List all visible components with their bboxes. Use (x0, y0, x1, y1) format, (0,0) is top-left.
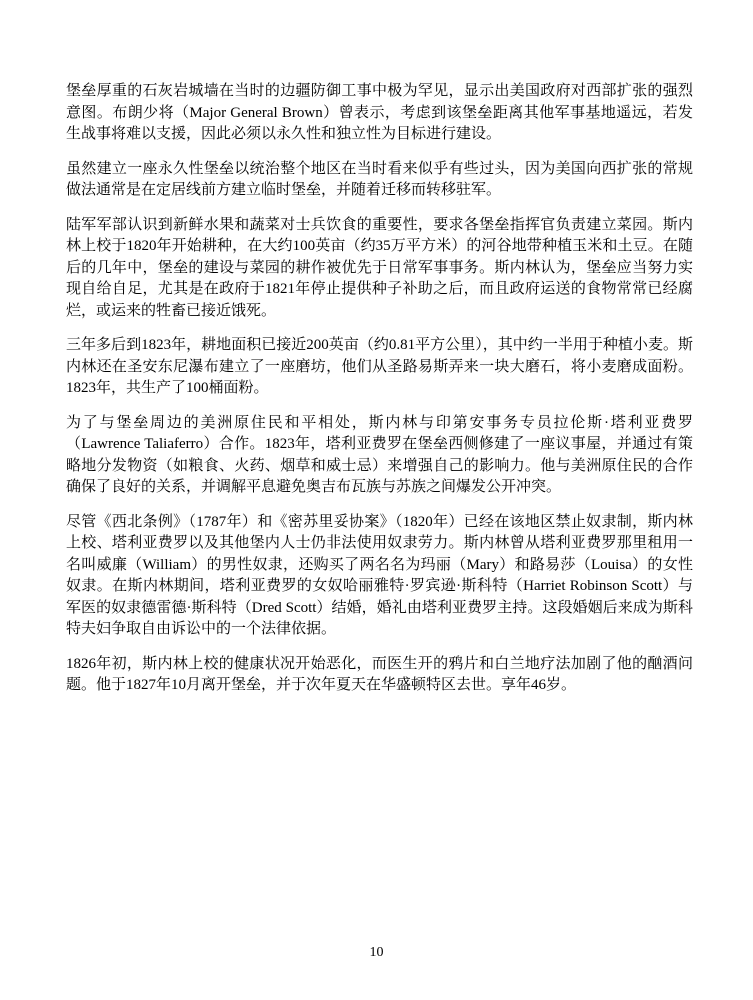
paragraph-gardens: 陆军军部认识到新鲜水果和蔬菜对士兵饮食的重要性，要求各堡垒指挥官负责建立菜园。斯… (66, 215, 693, 323)
paragraph-health-decline: 1826年初，斯内林上校的健康状况开始恶化，而医生开的鸦片和白兰地疗法加剧了他的… (66, 654, 693, 697)
paragraph-wheat-mill: 三年多后到1823年，耕地面积已接近200英亩（约0.81平方公里），其中约一半… (66, 335, 693, 400)
document-body: 堡垒厚重的石灰岩城墙在当时的边疆防御工事中极为罕见，显示出美国政府对西部扩张的强… (66, 81, 693, 710)
paragraph-fort-walls: 堡垒厚重的石灰岩城墙在当时的边疆防御工事中极为罕见，显示出美国政府对西部扩张的强… (66, 81, 693, 146)
paragraph-slavery: 尽管《西北条例》（1787年）和《密苏里妥协案》（1820年）已经在该地区禁止奴… (66, 512, 693, 641)
paragraph-taliaferro: 为了与堡垒周边的美洲原住民和平相处，斯内林与印第安事务专员拉伦斯·塔利亚费罗（L… (66, 413, 693, 499)
paragraph-permanent-fort: 虽然建立一座永久性堡垒以统治整个地区在当时看来似乎有些过头，因为美国向西扩张的常… (66, 159, 693, 202)
page-number: 10 (0, 945, 753, 961)
